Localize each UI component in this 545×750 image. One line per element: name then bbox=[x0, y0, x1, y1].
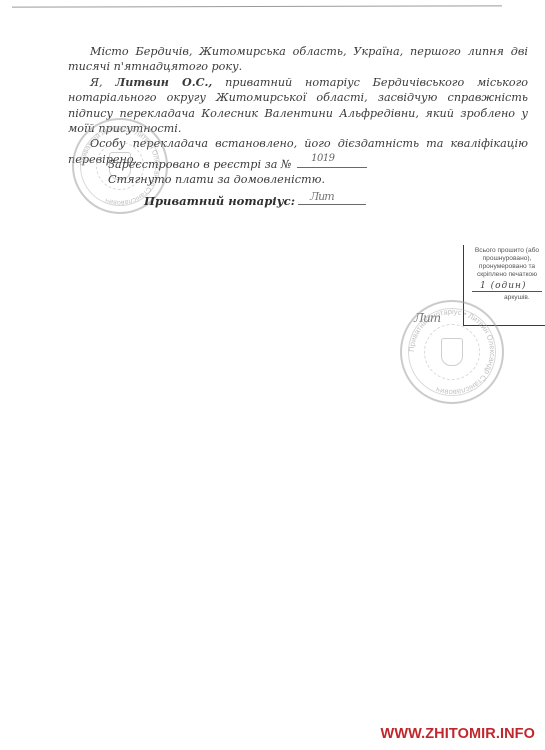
registry-number: 1019 bbox=[311, 151, 334, 166]
place-date-paragraph: Місто Бердичів, Житомирська область, Укр… bbox=[68, 44, 528, 75]
certification-prefix: Я, bbox=[90, 76, 115, 89]
seal-ring-text: Приватний нотаріус • Литвин Олександр Ст… bbox=[402, 302, 502, 402]
notary-name: Литвин О.С., bbox=[115, 75, 212, 89]
notary-seal-stamp-binding: Приватний нотаріус • Литвин Олександр Ст… bbox=[400, 300, 504, 404]
page-edge-line bbox=[12, 5, 502, 7]
registry-block: Зареєстровано в реєстрі за № 1019 Стягну… bbox=[108, 155, 367, 188]
binding-note-text: Всього прошито (або прошнуровано), прону… bbox=[468, 247, 545, 279]
registry-label: Зареєстровано в реєстрі за № bbox=[108, 158, 292, 171]
site-watermark: WWW.ZHITOMIR.INFO bbox=[381, 726, 535, 742]
binding-sheet-count: 1 (один) bbox=[472, 281, 542, 292]
notary-signature-label: Приватний нотаріус: bbox=[144, 194, 295, 208]
registry-line: Зареєстровано в реєстрі за № 1019 bbox=[108, 155, 367, 172]
registry-number-field: 1019 bbox=[297, 155, 367, 168]
binding-unit-label: аркушів. bbox=[504, 294, 530, 301]
notary-signature: Лит bbox=[310, 190, 334, 203]
notary-signature-line: Приватний нотаріус:Лит bbox=[144, 192, 366, 208]
svg-text:Приватний нотаріус • Литвин Ол: Приватний нотаріус • Литвин Олександр Ст… bbox=[407, 307, 497, 397]
coat-of-arms-icon bbox=[441, 338, 463, 366]
notary-signature-field: Лит bbox=[298, 192, 366, 205]
fee-note: Стягнуто плати за домовленістю. bbox=[108, 172, 367, 187]
